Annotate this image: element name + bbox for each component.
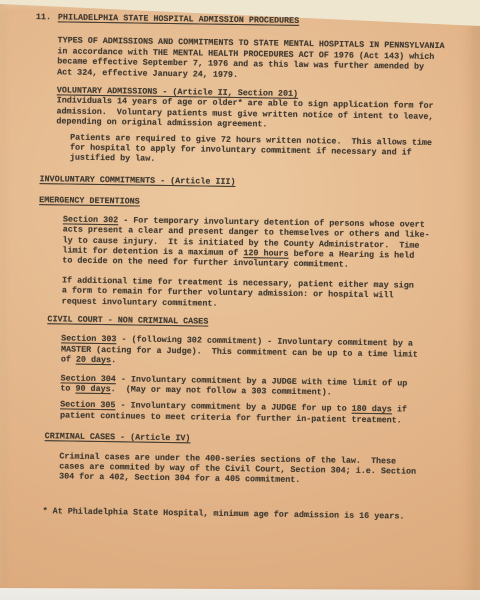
section-302-paragraph: Section 302 - For temporary involuntary … (32, 214, 469, 272)
intro-paragraph: TYPES OF ADMISSIONS AND COMMITMENTS TO S… (35, 35, 472, 83)
voluntary-admissions-paragraph: Individuals 14 years of age or older* ar… (34, 95, 470, 133)
criminal-cases-paragraph: Criminal cases are under the 400-series … (29, 451, 465, 489)
document-content: 11. PHILADELPHIA STATE HOSPITAL ADMISSIO… (29, 12, 472, 523)
item-number: 11. (36, 12, 58, 23)
document-title-row: 11. PHILADELPHIA STATE HOSPITAL ADMISSIO… (36, 12, 472, 29)
civil-court-heading: CIVIL COURT - NON CRIMINAL CASES (31, 314, 467, 331)
scanned-document-page: 11. PHILADELPHIA STATE HOSPITAL ADMISSIO… (0, 0, 480, 600)
involuntary-commitments-heading: INVOLUNTARY COMMITMENTS - (Article III) (33, 174, 469, 191)
section-303-paragraph: Section 303 - (following 302 commitment)… (31, 333, 467, 371)
page-title: PHILADELPHIA STATE HOSPITAL ADMISSION PR… (58, 12, 299, 26)
additional-time-paragraph: If additional time for treatment is nece… (32, 275, 468, 313)
section-304-paragraph: Section 304 - Involuntary commitment by … (30, 373, 466, 400)
emergency-detentions-heading: EMERGENCY DETENTIONS (33, 195, 469, 212)
section-305-paragraph: Section 305 - Involuntary commitment by … (30, 399, 466, 426)
criminal-cases-heading: CRIMINAL CASES - (Article IV) (30, 431, 466, 448)
notice-paragraph: Patients are required to give 72 hours w… (34, 132, 470, 170)
